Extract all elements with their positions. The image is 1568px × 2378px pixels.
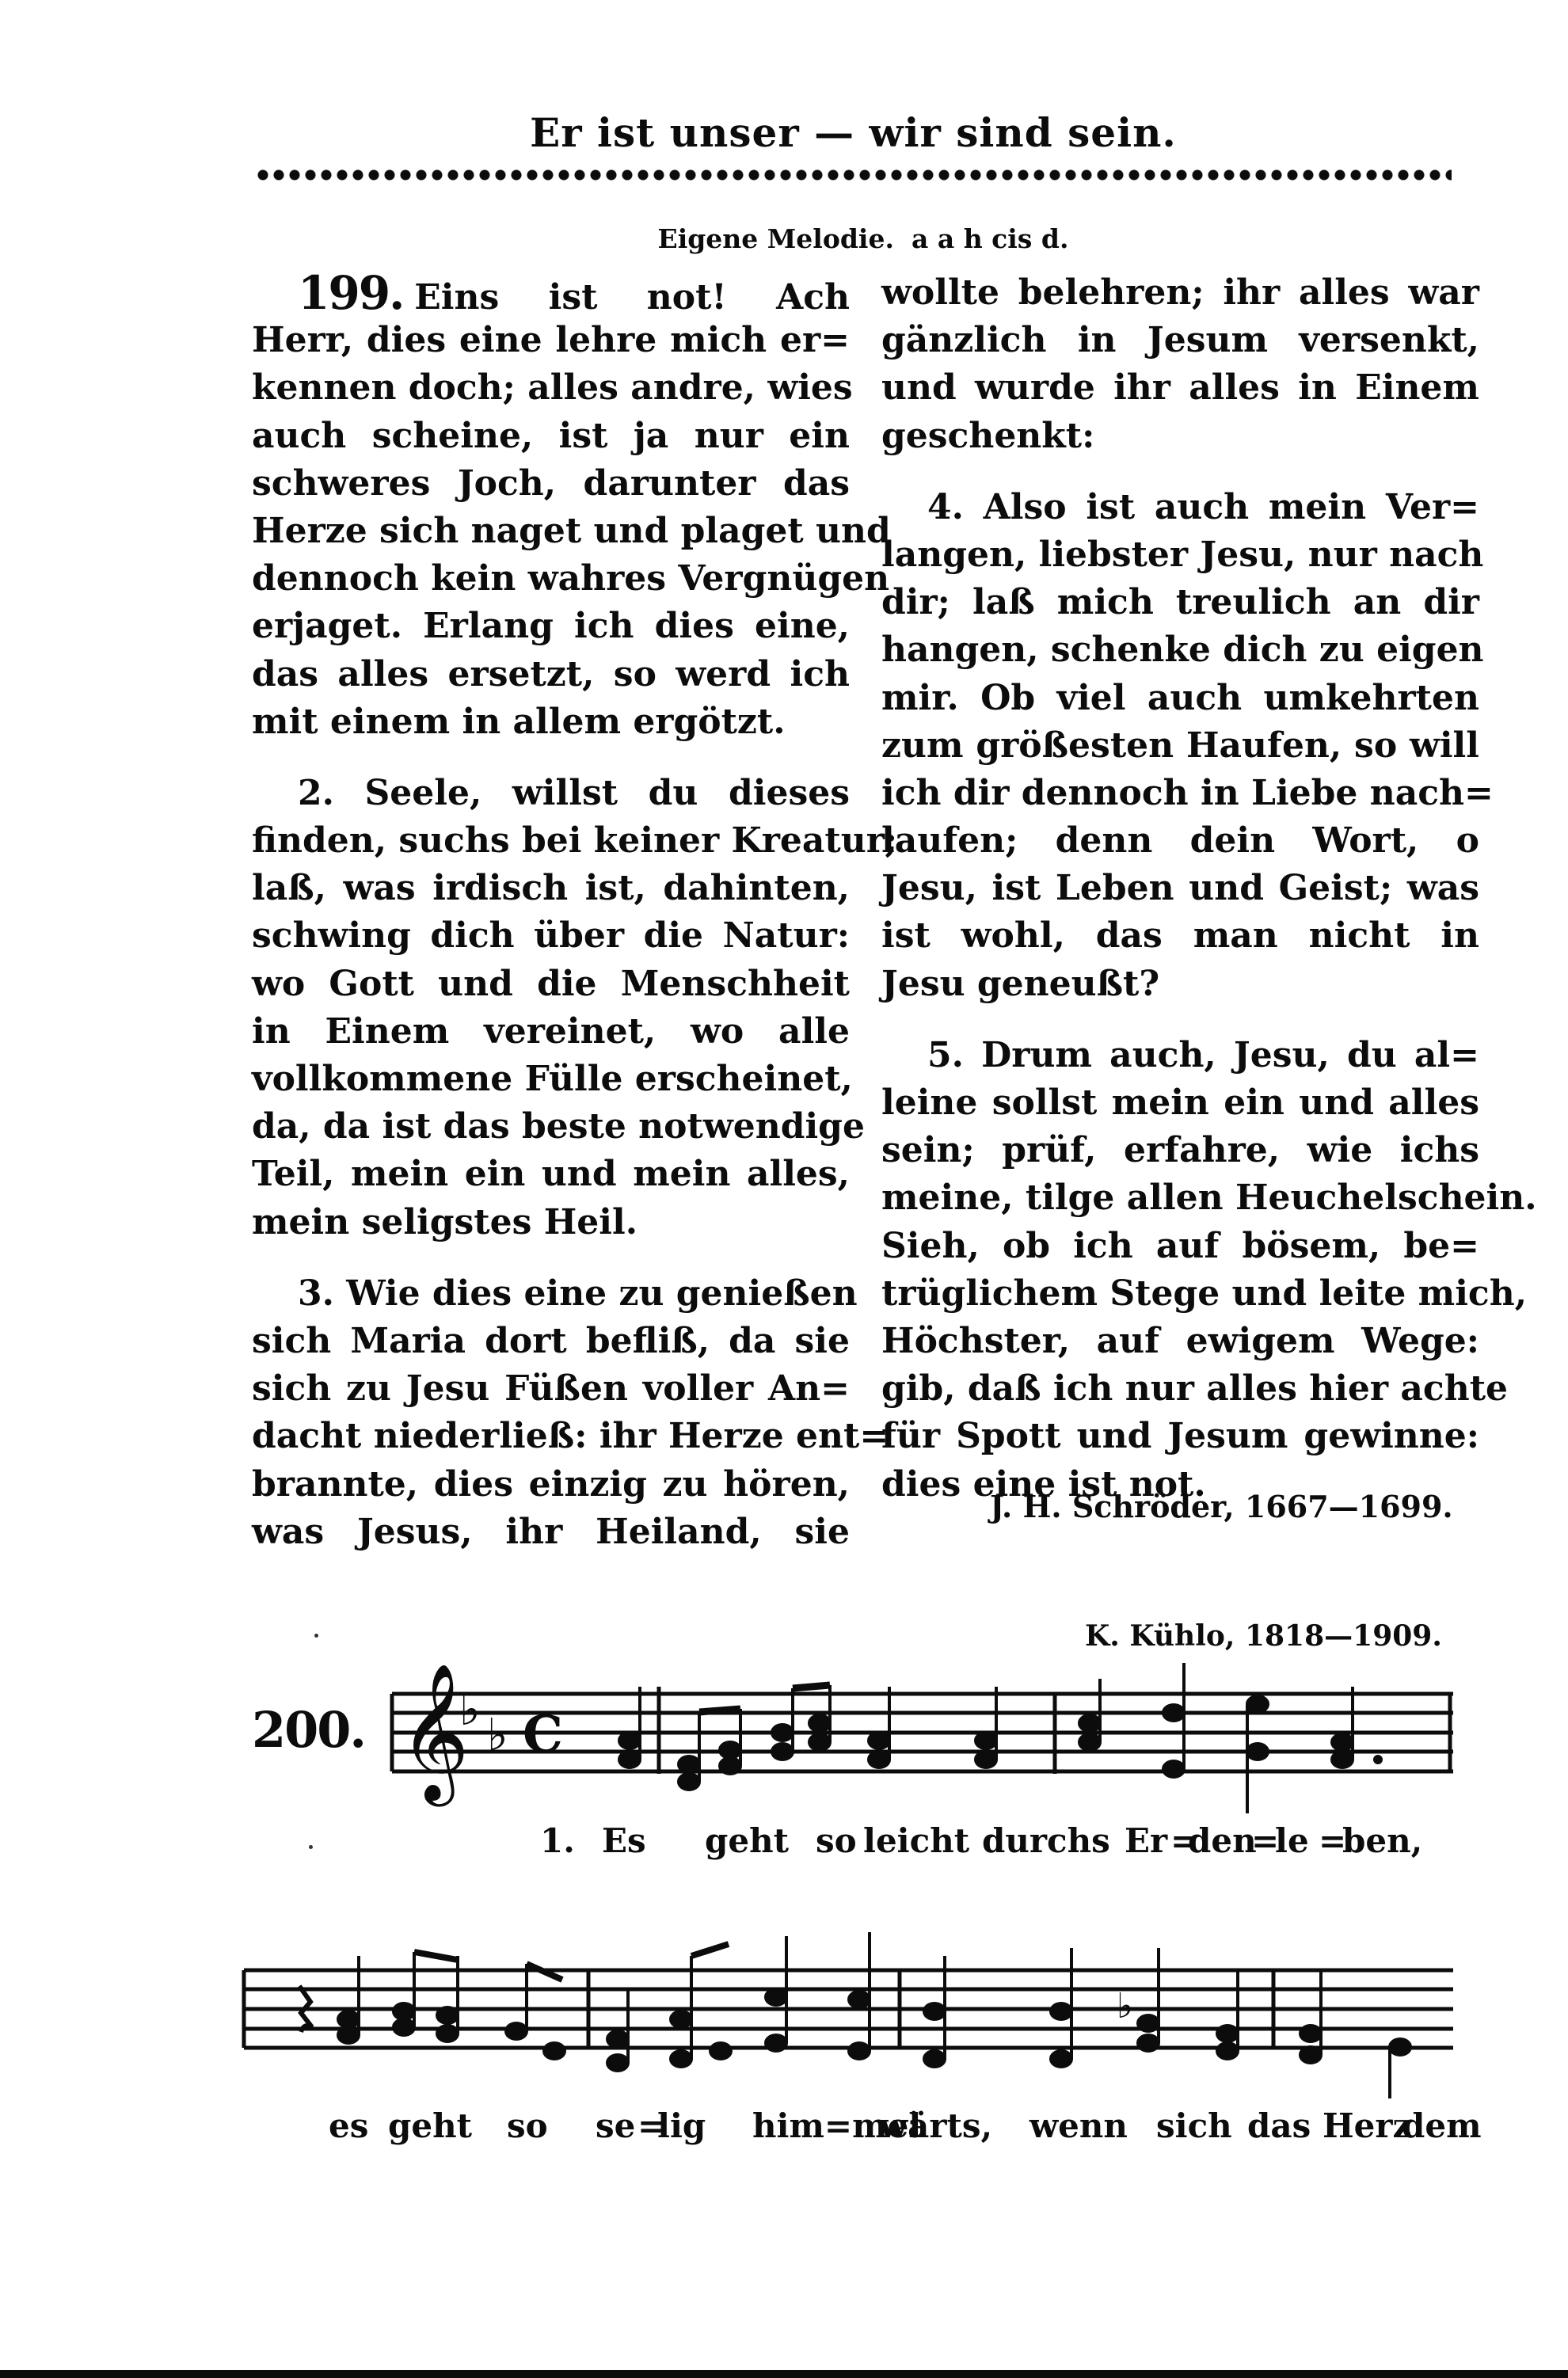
melody-pitches: a a h cis d. bbox=[911, 223, 1068, 254]
verse-line: für Spott und Jesum gewinne: bbox=[881, 1413, 1479, 1460]
running-head: Er ist unser — wir sind sein. bbox=[255, 109, 1452, 156]
verse-line: und wurde ihr alles in Einem bbox=[881, 364, 1479, 412]
verse-line: brannte, dies einzig zu hören, bbox=[252, 1461, 850, 1509]
verse-line: mir. Ob viel auch umkehrten bbox=[881, 675, 1479, 722]
hymn-200-lyrics-line-1: 1. Es geht so leicht durchs Er = den = l… bbox=[0, 1821, 1568, 1869]
verse-line: ich dir dennoch in Liebe nach= bbox=[881, 770, 1479, 817]
verse-line: Höchster, auf ewigem Wege: bbox=[881, 1318, 1479, 1365]
verse-line: wollte belehren; ihr alles war bbox=[881, 269, 1479, 317]
verse-line: laß, was irdisch ist, dahinten, bbox=[252, 865, 850, 912]
verse-line: 2. Seele, willst du dieses bbox=[252, 770, 850, 817]
verse-line: gänzlich in Jesum versenkt, bbox=[881, 317, 1479, 364]
music-staff-1: 𝄞 ♭♭ C bbox=[388, 1663, 1457, 1813]
verse-line: erjaget. Erlang ich dies eine, bbox=[252, 603, 850, 650]
verse-line: das alles ersetzt, so werd ich bbox=[252, 651, 850, 698]
verse-line: meine, tilge allen Heuchelschein. bbox=[881, 1174, 1479, 1222]
verse-line: gib, daß ich nur alles hier achte bbox=[881, 1365, 1479, 1413]
music-staff-2: ♭ bbox=[238, 1932, 1457, 2098]
hymn-199-left-column: 199.Eins ist not! Ach Herr, dies eine le… bbox=[252, 269, 850, 1556]
print-speck bbox=[309, 1845, 313, 1849]
verse-line: geschenkt: bbox=[881, 413, 1479, 460]
melody-indication: Eigene Melodie.a a h cis d. bbox=[586, 223, 1140, 254]
verse-line: vollkommene Fülle erscheinet, bbox=[252, 1056, 850, 1103]
verse-line: 4. Also ist auch mein Ver= bbox=[881, 484, 1479, 531]
hymn-number: 199. bbox=[298, 266, 403, 320]
dotted-rule-divider bbox=[255, 168, 1452, 182]
hymn-199-right-column: wollte belehren; ihr alles war gänzlich … bbox=[881, 269, 1479, 1509]
verse-line: was Jesus, ihr Heiland, sie bbox=[252, 1509, 850, 1556]
verse-line: sich zu Jesu Füßen voller An= bbox=[252, 1365, 850, 1413]
verse-line: dennoch kein wahres Vergnügen bbox=[252, 555, 850, 603]
verse-line: dacht niederließ: ihr Herze ent= bbox=[252, 1413, 850, 1460]
verse-line: leine sollst mein ein und alles bbox=[881, 1079, 1479, 1127]
verse-line: Jesu geneußt? bbox=[881, 961, 1479, 1008]
verse-line: kennen doch; alles andre, wies bbox=[252, 364, 850, 412]
verse-line: hangen, schenke dich zu eigen bbox=[881, 626, 1479, 674]
scan-bottom-edge bbox=[0, 2370, 1568, 2378]
verse-line: schwing dich über die Natur: bbox=[252, 912, 850, 960]
verse-line: laufen; denn dein Wort, o bbox=[881, 817, 1479, 865]
verse-line: langen, liebster Jesu, nur nach bbox=[881, 531, 1479, 579]
verse-line: Teil, mein ein und mein alles, bbox=[252, 1151, 850, 1198]
verse-line: auch scheine, ist ja nur ein bbox=[252, 413, 850, 460]
verse-line: Sieh, ob ich auf bösem, be= bbox=[881, 1223, 1479, 1270]
print-speck bbox=[314, 1634, 318, 1638]
verse-line: schweres Joch, darunter das bbox=[252, 460, 850, 508]
verse-line: finden, suchs bei keiner Kreatur; bbox=[252, 817, 850, 865]
verse-line: sein; prüf, erfahre, wie ichs bbox=[881, 1127, 1479, 1174]
verse-line: Herr, dies eine lehre mich er= bbox=[252, 317, 850, 364]
svg-text:♭: ♭ bbox=[487, 1710, 508, 1761]
hymn-number: 200. bbox=[252, 1701, 365, 1759]
verse-line: Jesu, ist Leben und Geist; was bbox=[881, 865, 1479, 912]
verse-line: 3. Wie dies eine zu genießen bbox=[252, 1270, 850, 1318]
flat-accidental-icon: ♭ bbox=[1117, 1986, 1133, 2026]
verse-line: dir; laß mich treulich an dir bbox=[881, 579, 1479, 626]
hymn-199-author: J. H. Schröder, 1667—1699. bbox=[990, 1489, 1453, 1524]
verse-line: 199.Eins ist not! Ach bbox=[252, 269, 850, 317]
verse-line: mit einem in allem ergötzt. bbox=[252, 698, 850, 746]
hymnal-page: Er ist unser — wir sind sein. Eigene Mel… bbox=[0, 0, 1568, 2378]
verse-line: wo Gott und die Menschheit bbox=[252, 961, 850, 1008]
verse-line: in Einem vereinet, wo alle bbox=[252, 1008, 850, 1056]
verse-line: da, da ist das beste notwendige bbox=[252, 1103, 850, 1151]
melody-label: Eigene Melodie. bbox=[658, 223, 894, 254]
verse-line: mein seligstes Heil. bbox=[252, 1199, 850, 1246]
hymn-200-composer: K. Kühlo, 1818—1909. bbox=[1085, 1619, 1442, 1653]
hymn-200-lyrics-line-2: es geht so se = lig him=mel wärts, wenn … bbox=[0, 2106, 1568, 2154]
verse-line: sich Maria dort befliß, da sie bbox=[252, 1318, 850, 1365]
verse-line: zum größesten Haufen, so will bbox=[881, 722, 1479, 770]
verse-line: Herze sich naget und plaget und bbox=[252, 508, 850, 555]
svg-text:♭: ♭ bbox=[459, 1684, 480, 1736]
verse-line: ist wohl, das man nicht in bbox=[881, 912, 1479, 960]
verse-line: trüglichem Stege und leite mich, bbox=[881, 1270, 1479, 1318]
common-time-icon: C bbox=[523, 1705, 563, 1764]
verse-line: 5. Drum auch, Jesu, du al= bbox=[881, 1032, 1479, 1079]
